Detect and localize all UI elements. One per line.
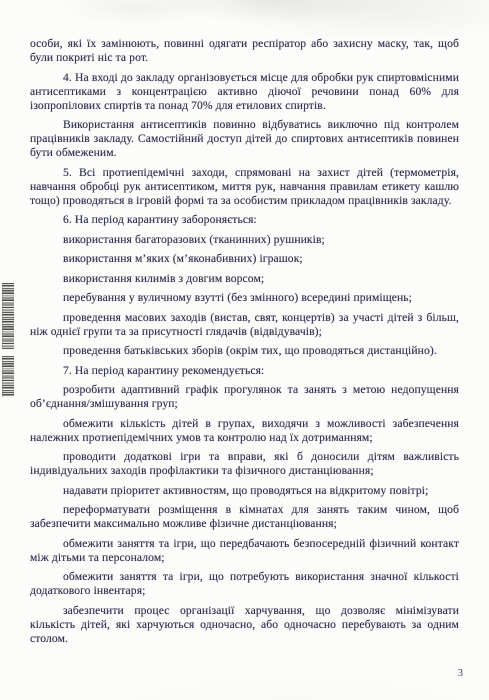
paragraph: Використання антисептиків повинно відбув… xyxy=(30,118,459,160)
paragraph: 7. На період карантину рекомендується: xyxy=(30,364,459,378)
paragraph: перебування у вуличному взутті (без змін… xyxy=(30,291,459,305)
paragraph: обмежити кількість дітей в групах, виход… xyxy=(30,417,459,445)
paragraph: переформатувати розміщення в кімнатах дл… xyxy=(30,503,459,531)
paragraph: проводити додаткові ігри та вправи, які … xyxy=(30,450,459,478)
barcode xyxy=(2,283,13,397)
paragraph: надавати пріоритет активностям, що прово… xyxy=(30,484,459,498)
paragraph: використання м’яких (м’яконабивних) ігра… xyxy=(30,252,459,266)
document-body: особи, які їх замінюють, повинні одягати… xyxy=(30,37,459,651)
document-page: особи, які їх замінюють, повинні одягати… xyxy=(0,0,489,700)
barcode-segment xyxy=(2,356,14,397)
paragraph: проведення масових заходів (вистав, свят… xyxy=(30,311,459,339)
page-number: 3 xyxy=(458,668,463,679)
paragraph: обмежити заняття та ігри, що передбачают… xyxy=(30,537,459,565)
paragraph: використання багаторазових (тканинних) р… xyxy=(30,233,459,247)
paragraph: 4. На вході до закладу організовується м… xyxy=(30,71,459,113)
paragraph: обмежити заняття та ігри, що потребують … xyxy=(30,570,459,598)
paragraph: використання килимів з довгим ворсом; xyxy=(30,272,459,286)
paragraph: забезпечити процес організації харчуванн… xyxy=(30,604,459,646)
paragraph: особи, які їх замінюють, повинні одягати… xyxy=(30,37,459,65)
barcode-segment xyxy=(2,283,14,349)
paragraph: 6. На період карантину забороняється: xyxy=(30,213,459,227)
paragraph: розробити адаптивний графік прогулянок т… xyxy=(30,383,459,411)
paragraph: 5. Всі протиепідемічні заходи, спрямован… xyxy=(30,166,459,208)
paragraph: проведення батьківських зборів (окрім ти… xyxy=(30,344,459,358)
